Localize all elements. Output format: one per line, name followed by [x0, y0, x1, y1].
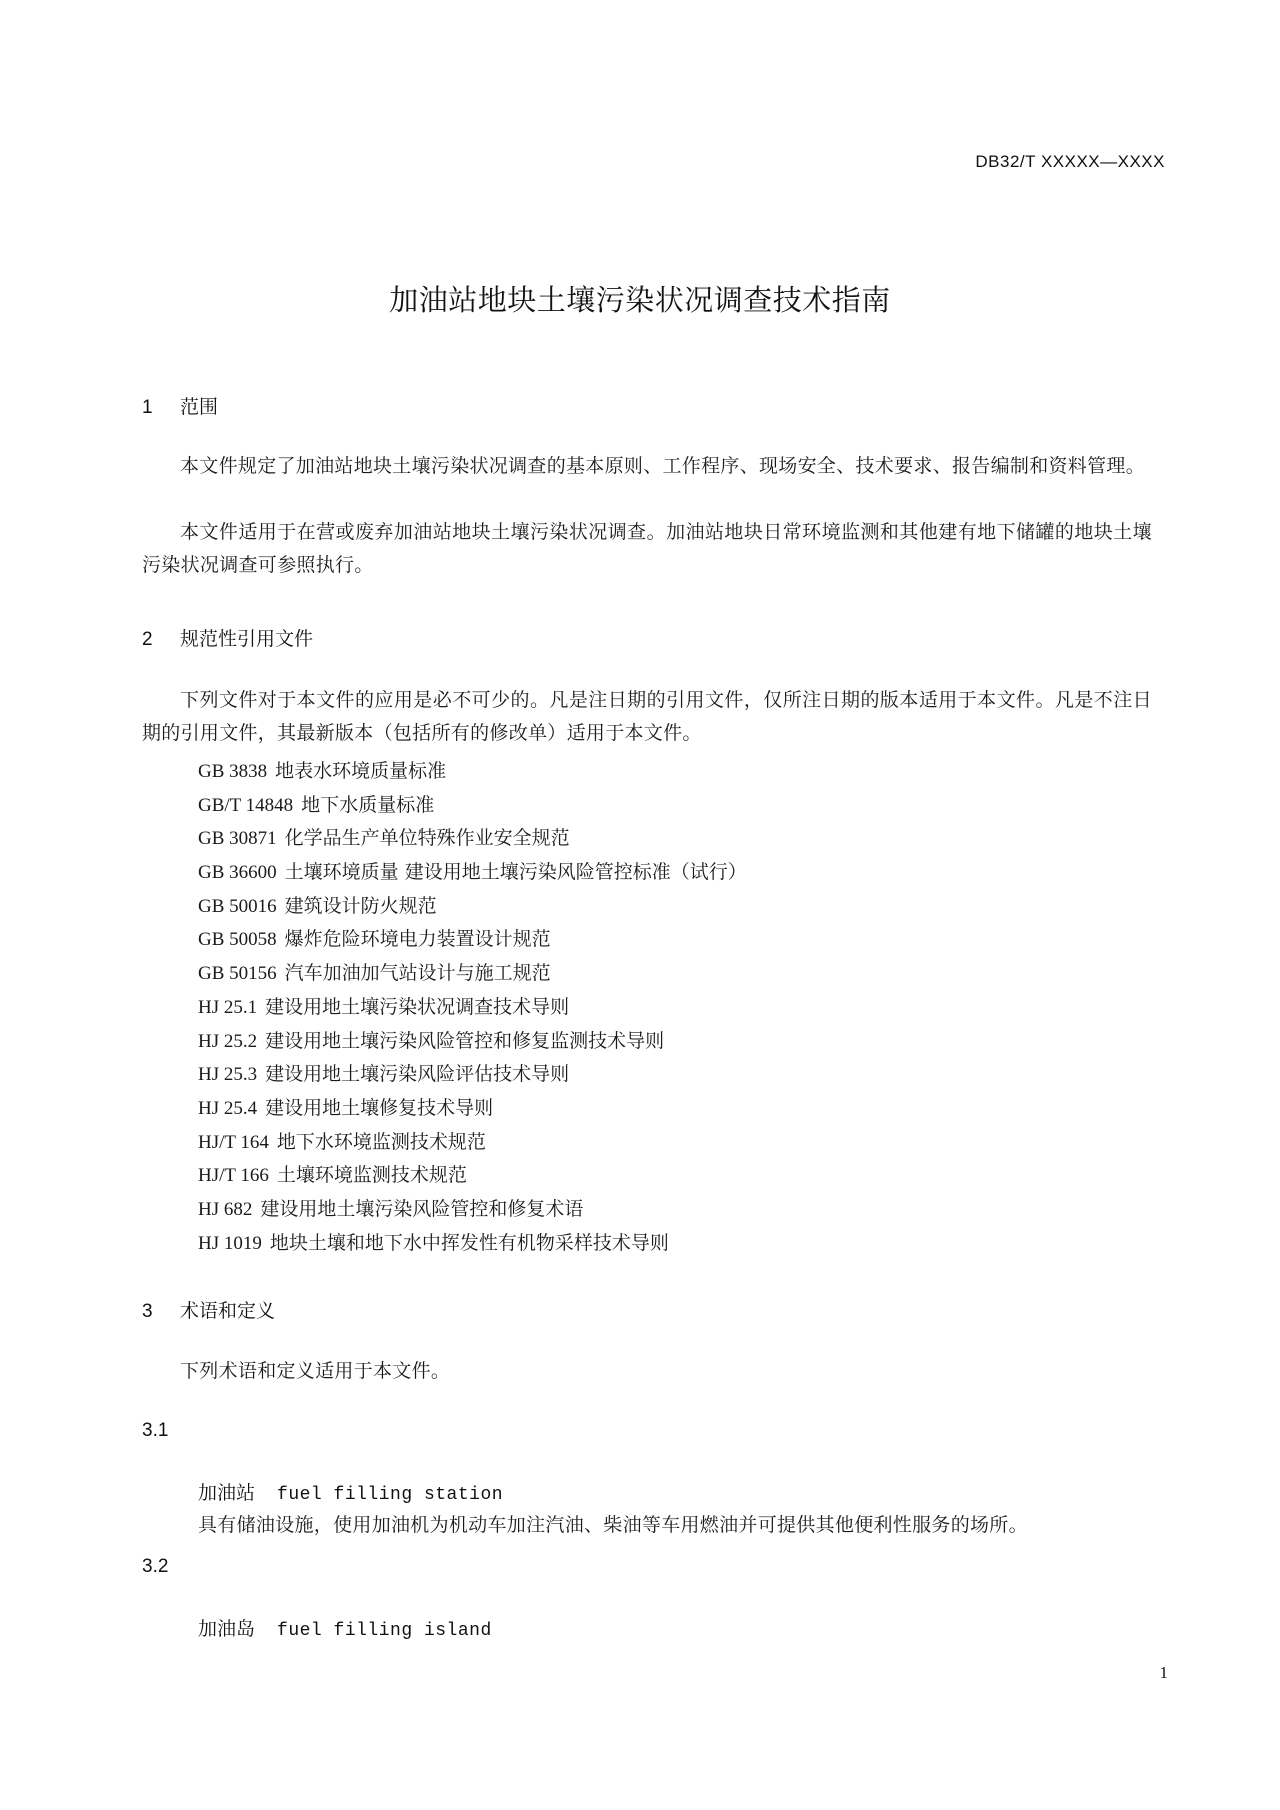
section-title: 范围: [180, 396, 218, 418]
document-title: 加油站地块土壤污染状况调查技术指南: [0, 278, 1280, 319]
reference-code: GB 50016: [198, 896, 277, 917]
section-number: 3: [142, 1301, 180, 1323]
section-heading-normative-references: 2规范性引用文件: [142, 624, 313, 651]
reference-item: GB 50156汽车加油加气站设计与施工规范: [198, 957, 747, 991]
scope-paragraph-2: 本文件适用于在营或废弃加油站地块土壤污染状况调查。加油站地块日常环境监测和其他建…: [142, 516, 1152, 582]
reference-title: 地下水质量标准: [301, 794, 434, 816]
references-intro-paragraph: 下列文件对于本文件的应用是必不可少的。凡是注日期的引用文件，仅所注日期的版本适用…: [142, 684, 1152, 750]
reference-title: 建设用地土壤污染风险管控和修复术语: [260, 1198, 583, 1220]
reference-title: 建设用地土壤污染状况调查技术导则: [265, 996, 569, 1018]
reference-item: HJ 25.4建设用地土壤修复技术导则: [198, 1092, 747, 1126]
reference-title: 地块土壤和地下水中挥发性有机物采样技术导则: [270, 1232, 669, 1254]
reference-code: GB 3838: [198, 761, 267, 782]
reference-title: 建设用地土壤修复技术导则: [265, 1097, 493, 1119]
reference-item: HJ 682建设用地土壤污染风险管控和修复术语: [198, 1193, 747, 1227]
scope-paragraph-1: 本文件规定了加油站地块土壤污染状况调查的基本原则、工作程序、现场安全、技术要求、…: [142, 450, 1152, 483]
term-definition: 具有储油设施，使用加油机为机动车加注汽油、柴油等车用燃油并可提供其他便利性服务的…: [198, 1510, 1028, 1537]
reference-code: HJ 682: [198, 1199, 252, 1220]
reference-title: 地下水环境监测技术规范: [277, 1131, 486, 1153]
reference-item: HJ/T 164地下水环境监测技术规范: [198, 1126, 747, 1160]
section-number: 2: [142, 629, 180, 651]
reference-code: HJ 1019: [198, 1233, 262, 1254]
section-title: 规范性引用文件: [180, 628, 313, 650]
reference-title: 汽车加油加气站设计与施工规范: [285, 962, 551, 984]
section-number: 1: [142, 397, 180, 419]
reference-item: GB 50058爆炸危险环境电力装置设计规范: [198, 923, 747, 957]
reference-code: GB 30871: [198, 828, 277, 849]
section-heading-terms-definitions: 3术语和定义: [142, 1296, 275, 1323]
reference-title: 建设用地土壤污染风险管控和修复监测技术导则: [265, 1030, 664, 1052]
reference-title: 建筑设计防火规范: [285, 895, 437, 917]
term-entry: 加油岛fuel filling island: [198, 1614, 492, 1641]
reference-item: GB 36600土壤环境质量 建设用地土壤污染风险管控标准（试行）: [198, 856, 747, 890]
reference-item: HJ 25.2建设用地土壤污染风险管控和修复监测技术导则: [198, 1025, 747, 1059]
term-english: fuel filling station: [277, 1485, 503, 1505]
reference-title: 土壤环境质量 建设用地土壤污染风险管控标准（试行）: [285, 861, 747, 883]
reference-code: HJ 25.1: [198, 997, 257, 1018]
reference-code: HJ/T 164: [198, 1132, 269, 1153]
reference-code: HJ 25.3: [198, 1064, 257, 1085]
reference-code: HJ 25.4: [198, 1098, 257, 1119]
document-code: DB32/T XXXXX—XXXX: [975, 152, 1165, 172]
reference-title: 地表水环境质量标准: [275, 760, 446, 782]
term-english: fuel filling island: [277, 1621, 492, 1641]
reference-code: GB 50156: [198, 963, 277, 984]
reference-code: GB/T 14848: [198, 795, 293, 816]
clause-number: 3.1: [142, 1420, 168, 1442]
clause-number: 3.2: [142, 1556, 168, 1578]
reference-title: 土壤环境监测技术规范: [277, 1164, 467, 1186]
reference-item: HJ 1019地块土壤和地下水中挥发性有机物采样技术导则: [198, 1227, 747, 1261]
term-chinese: 加油站: [198, 1482, 255, 1504]
section-heading-scope: 1范围: [142, 392, 218, 419]
terms-intro-paragraph: 下列术语和定义适用于本文件。: [142, 1355, 1152, 1388]
reference-item: GB 30871化学品生产单位特殊作业安全规范: [198, 822, 747, 856]
reference-code: GB 50058: [198, 929, 277, 950]
reference-title: 化学品生产单位特殊作业安全规范: [285, 827, 570, 849]
reference-item: GB 50016建筑设计防火规范: [198, 890, 747, 924]
reference-item: HJ/T 166土壤环境监测技术规范: [198, 1159, 747, 1193]
reference-item: HJ 25.1建设用地土壤污染状况调查技术导则: [198, 991, 747, 1025]
reference-code: HJ/T 166: [198, 1165, 269, 1186]
page-number: 1: [1160, 1663, 1169, 1683]
document-page: DB32/T XXXXX—XXXX 加油站地块土壤污染状况调查技术指南 1范围 …: [0, 0, 1280, 1810]
reference-title: 爆炸危险环境电力装置设计规范: [285, 928, 551, 950]
term-chinese: 加油岛: [198, 1618, 255, 1640]
reference-item: GB 3838地表水环境质量标准: [198, 755, 747, 789]
section-title: 术语和定义: [180, 1300, 275, 1322]
reference-code: GB 36600: [198, 862, 277, 883]
reference-code: HJ 25.2: [198, 1031, 257, 1052]
reference-title: 建设用地土壤污染风险评估技术导则: [265, 1063, 569, 1085]
reference-item: HJ 25.3建设用地土壤污染风险评估技术导则: [198, 1058, 747, 1092]
reference-item: GB/T 14848地下水质量标准: [198, 789, 747, 823]
reference-list: GB 3838地表水环境质量标准 GB/T 14848地下水质量标准 GB 30…: [198, 755, 747, 1260]
term-entry: 加油站fuel filling station: [198, 1478, 503, 1505]
